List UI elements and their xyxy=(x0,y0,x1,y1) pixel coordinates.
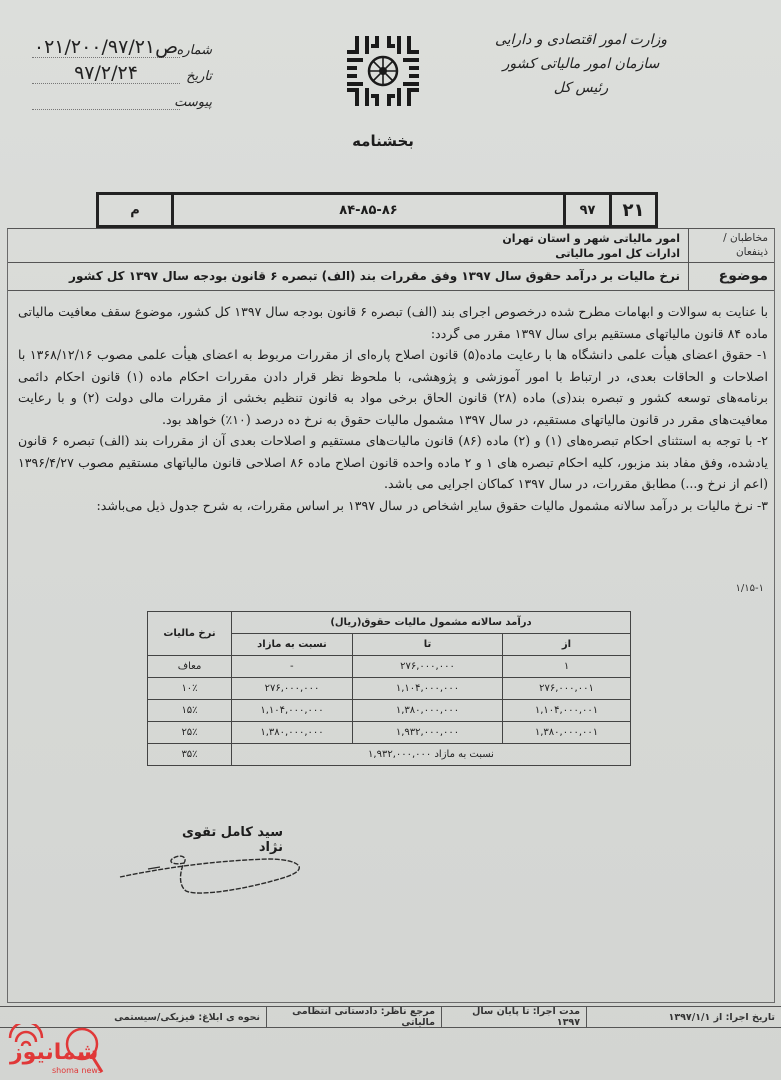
from-cell: ۲۷۶,۰۰۰,۰۰۱ xyxy=(503,678,631,700)
table-row-last: نسبت به مازاد ۱,۹۳۲,۰۰۰,۰۰۰ ۳۵٪ xyxy=(148,744,631,766)
to-cell: ۲۷۶,۰۰۰,۰۰۰ xyxy=(353,656,503,678)
duration-cell: مدت اجرا: تا پایان سال ۱۳۹۷ xyxy=(441,1007,586,1027)
to-cell: ۱,۳۸۰,۰۰۰,۰۰۰ xyxy=(353,700,503,722)
subject-label: موضوع xyxy=(688,263,774,290)
tax-organization-emblem-icon xyxy=(343,32,423,110)
rate-header: نرخ مالیات xyxy=(148,612,232,656)
document-meta: شماره ۰۲۱/۲۰۰/۹۷/۲۱ص تاریخ ۹۷/۲/۲۴ پیوست xyxy=(32,32,212,110)
tax-rate-table: درآمد سالانه مشمول مالیات حقوق(ریال) نرخ… xyxy=(147,611,631,766)
table-header-row: درآمد سالانه مشمول مالیات حقوق(ریال) نرخ… xyxy=(148,612,631,634)
date-row: تاریخ ۹۷/۲/۲۴ xyxy=(32,58,212,84)
number-value: ۰۲۱/۲۰۰/۹۷/۲۱ص xyxy=(32,38,180,58)
watermark-text: شمانیوز xyxy=(10,1040,98,1065)
addressee-line: ادارات کل امور مالیاتی xyxy=(16,246,680,261)
to-cell: ۱,۹۳۲,۰۰۰,۰۰۰ xyxy=(353,722,503,744)
reference-code: ۱/۱۵-۱ xyxy=(736,583,764,594)
excess-cell: - xyxy=(232,656,353,678)
number-bar-cell: ۹۷ xyxy=(563,195,609,225)
excess-cell: ۲۷۶,۰۰۰,۰۰۰ xyxy=(232,678,353,700)
from-header: از xyxy=(503,634,631,656)
excess-cell: ۱,۱۰۴,۰۰۰,۰۰۰ xyxy=(232,700,353,722)
number-row: شماره ۰۲۱/۲۰۰/۹۷/۲۱ص xyxy=(32,32,212,58)
supervisor-cell: مرجع ناظر: دادستانی انتظامی مالیاتی xyxy=(266,1007,441,1027)
item-2-paragraph: ۲- با توجه به استثنای احکام تبصره‌های (۱… xyxy=(18,430,768,495)
subject-value: نرخ مالیات بر درآمد حقوق سال ۱۳۹۷ وفق مق… xyxy=(8,263,688,290)
addressee-row: مخاطبان / ذینفعان امور مالیاتی شهر و است… xyxy=(8,229,774,263)
rate-cell: ۱۵٪ xyxy=(148,700,232,722)
number-bar-cell: ۸۴-۸۵-۸۶ xyxy=(171,195,563,225)
number-label: شماره xyxy=(180,43,212,58)
circular-document-page: وزارت امور اقتصادی و دارایی سازمان امور … xyxy=(0,0,781,1080)
number-bar-cell: م xyxy=(99,195,171,225)
ministry-line: وزارت امور اقتصادی و دارایی xyxy=(476,28,686,52)
number-bar-cell: ۲۱ xyxy=(609,195,655,225)
watermark-subtext: shoma news xyxy=(52,1066,102,1075)
item-3-paragraph: ۳- نرخ مالیات بر درآمد سالانه مشمول مالی… xyxy=(18,495,768,517)
circular-number-bar: ۲۱ ۹۷ ۸۴-۸۵-۸۶ م xyxy=(96,192,658,228)
rate-cell: ۱۰٪ xyxy=(148,678,232,700)
excess-cell: ۱,۳۸۰,۰۰۰,۰۰۰ xyxy=(232,722,353,744)
top-bracket-cell: نسبت به مازاد ۱,۹۳۲,۰۰۰,۰۰۰ xyxy=(232,744,631,766)
addressee-value: امور مالیاتی شهر و استان تهران ادارات کل… xyxy=(8,229,688,262)
table-row: ۲۷۶,۰۰۰,۰۰۱ ۱,۱۰۴,۰۰۰,۰۰۰ ۲۷۶,۰۰۰,۰۰۰ ۱۰… xyxy=(148,678,631,700)
from-cell: ۱,۳۸۰,۰۰۰,۰۰۱ xyxy=(503,722,631,744)
from-cell: ۱ xyxy=(503,656,631,678)
circular-body: با عنایت به سوالات و ابهامات مطرح شده در… xyxy=(18,301,768,516)
rate-cell: ۲۵٪ xyxy=(148,722,232,744)
date-label: تاریخ xyxy=(180,69,212,84)
rate-cell: ۳۵٪ xyxy=(148,744,232,766)
addressee-line: امور مالیاتی شهر و استان تهران xyxy=(16,231,680,246)
income-group-header: درآمد سالانه مشمول مالیات حقوق(ریال) xyxy=(232,612,631,634)
addressee-label: مخاطبان / ذینفعان xyxy=(688,229,774,262)
head-title-line: رئیس کل xyxy=(476,76,686,100)
table-row: ۱,۳۸۰,۰۰۰,۰۰۱ ۱,۹۳۲,۰۰۰,۰۰۰ ۱,۳۸۰,۰۰۰,۰۰… xyxy=(148,722,631,744)
item-1-paragraph: ۱- حقوق اعضای هیأت علمی دانشگاه ها با رع… xyxy=(18,344,768,430)
intro-paragraph: با عنایت به سوالات و ابهامات مطرح شده در… xyxy=(18,301,768,344)
ministry-header: وزارت امور اقتصادی و دارایی سازمان امور … xyxy=(476,28,686,100)
start-date-cell: تاریخ اجرا: از ۱۳۹۷/۱/۱ xyxy=(586,1007,781,1027)
to-header: تا xyxy=(353,634,503,656)
attachment-value xyxy=(32,90,180,110)
from-cell: ۱,۱۰۴,۰۰۰,۰۰۱ xyxy=(503,700,631,722)
news-watermark: شمانیوز shoma news xyxy=(4,1024,124,1080)
table-row: ۱ ۲۷۶,۰۰۰,۰۰۰ - معاف xyxy=(148,656,631,678)
attachment-row: پیوست xyxy=(32,84,212,110)
organization-line: سازمان امور مالیاتی کشور xyxy=(476,52,686,76)
handwritten-signature-icon xyxy=(118,851,303,901)
document-frame: مخاطبان / ذینفعان امور مالیاتی شهر و است… xyxy=(7,228,775,1003)
document-type-title: بخشنامه xyxy=(330,132,436,150)
date-value: ۹۷/۲/۲۴ xyxy=(32,64,180,84)
attachment-label: پیوست xyxy=(180,95,212,110)
subject-row: موضوع نرخ مالیات بر درآمد حقوق سال ۱۳۹۷ … xyxy=(8,263,774,291)
table-row: ۱,۱۰۴,۰۰۰,۰۰۱ ۱,۳۸۰,۰۰۰,۰۰۰ ۱,۱۰۴,۰۰۰,۰۰… xyxy=(148,700,631,722)
to-cell: ۱,۱۰۴,۰۰۰,۰۰۰ xyxy=(353,678,503,700)
excess-header: نسبت به مازاد xyxy=(232,634,353,656)
rate-cell: معاف xyxy=(148,656,232,678)
